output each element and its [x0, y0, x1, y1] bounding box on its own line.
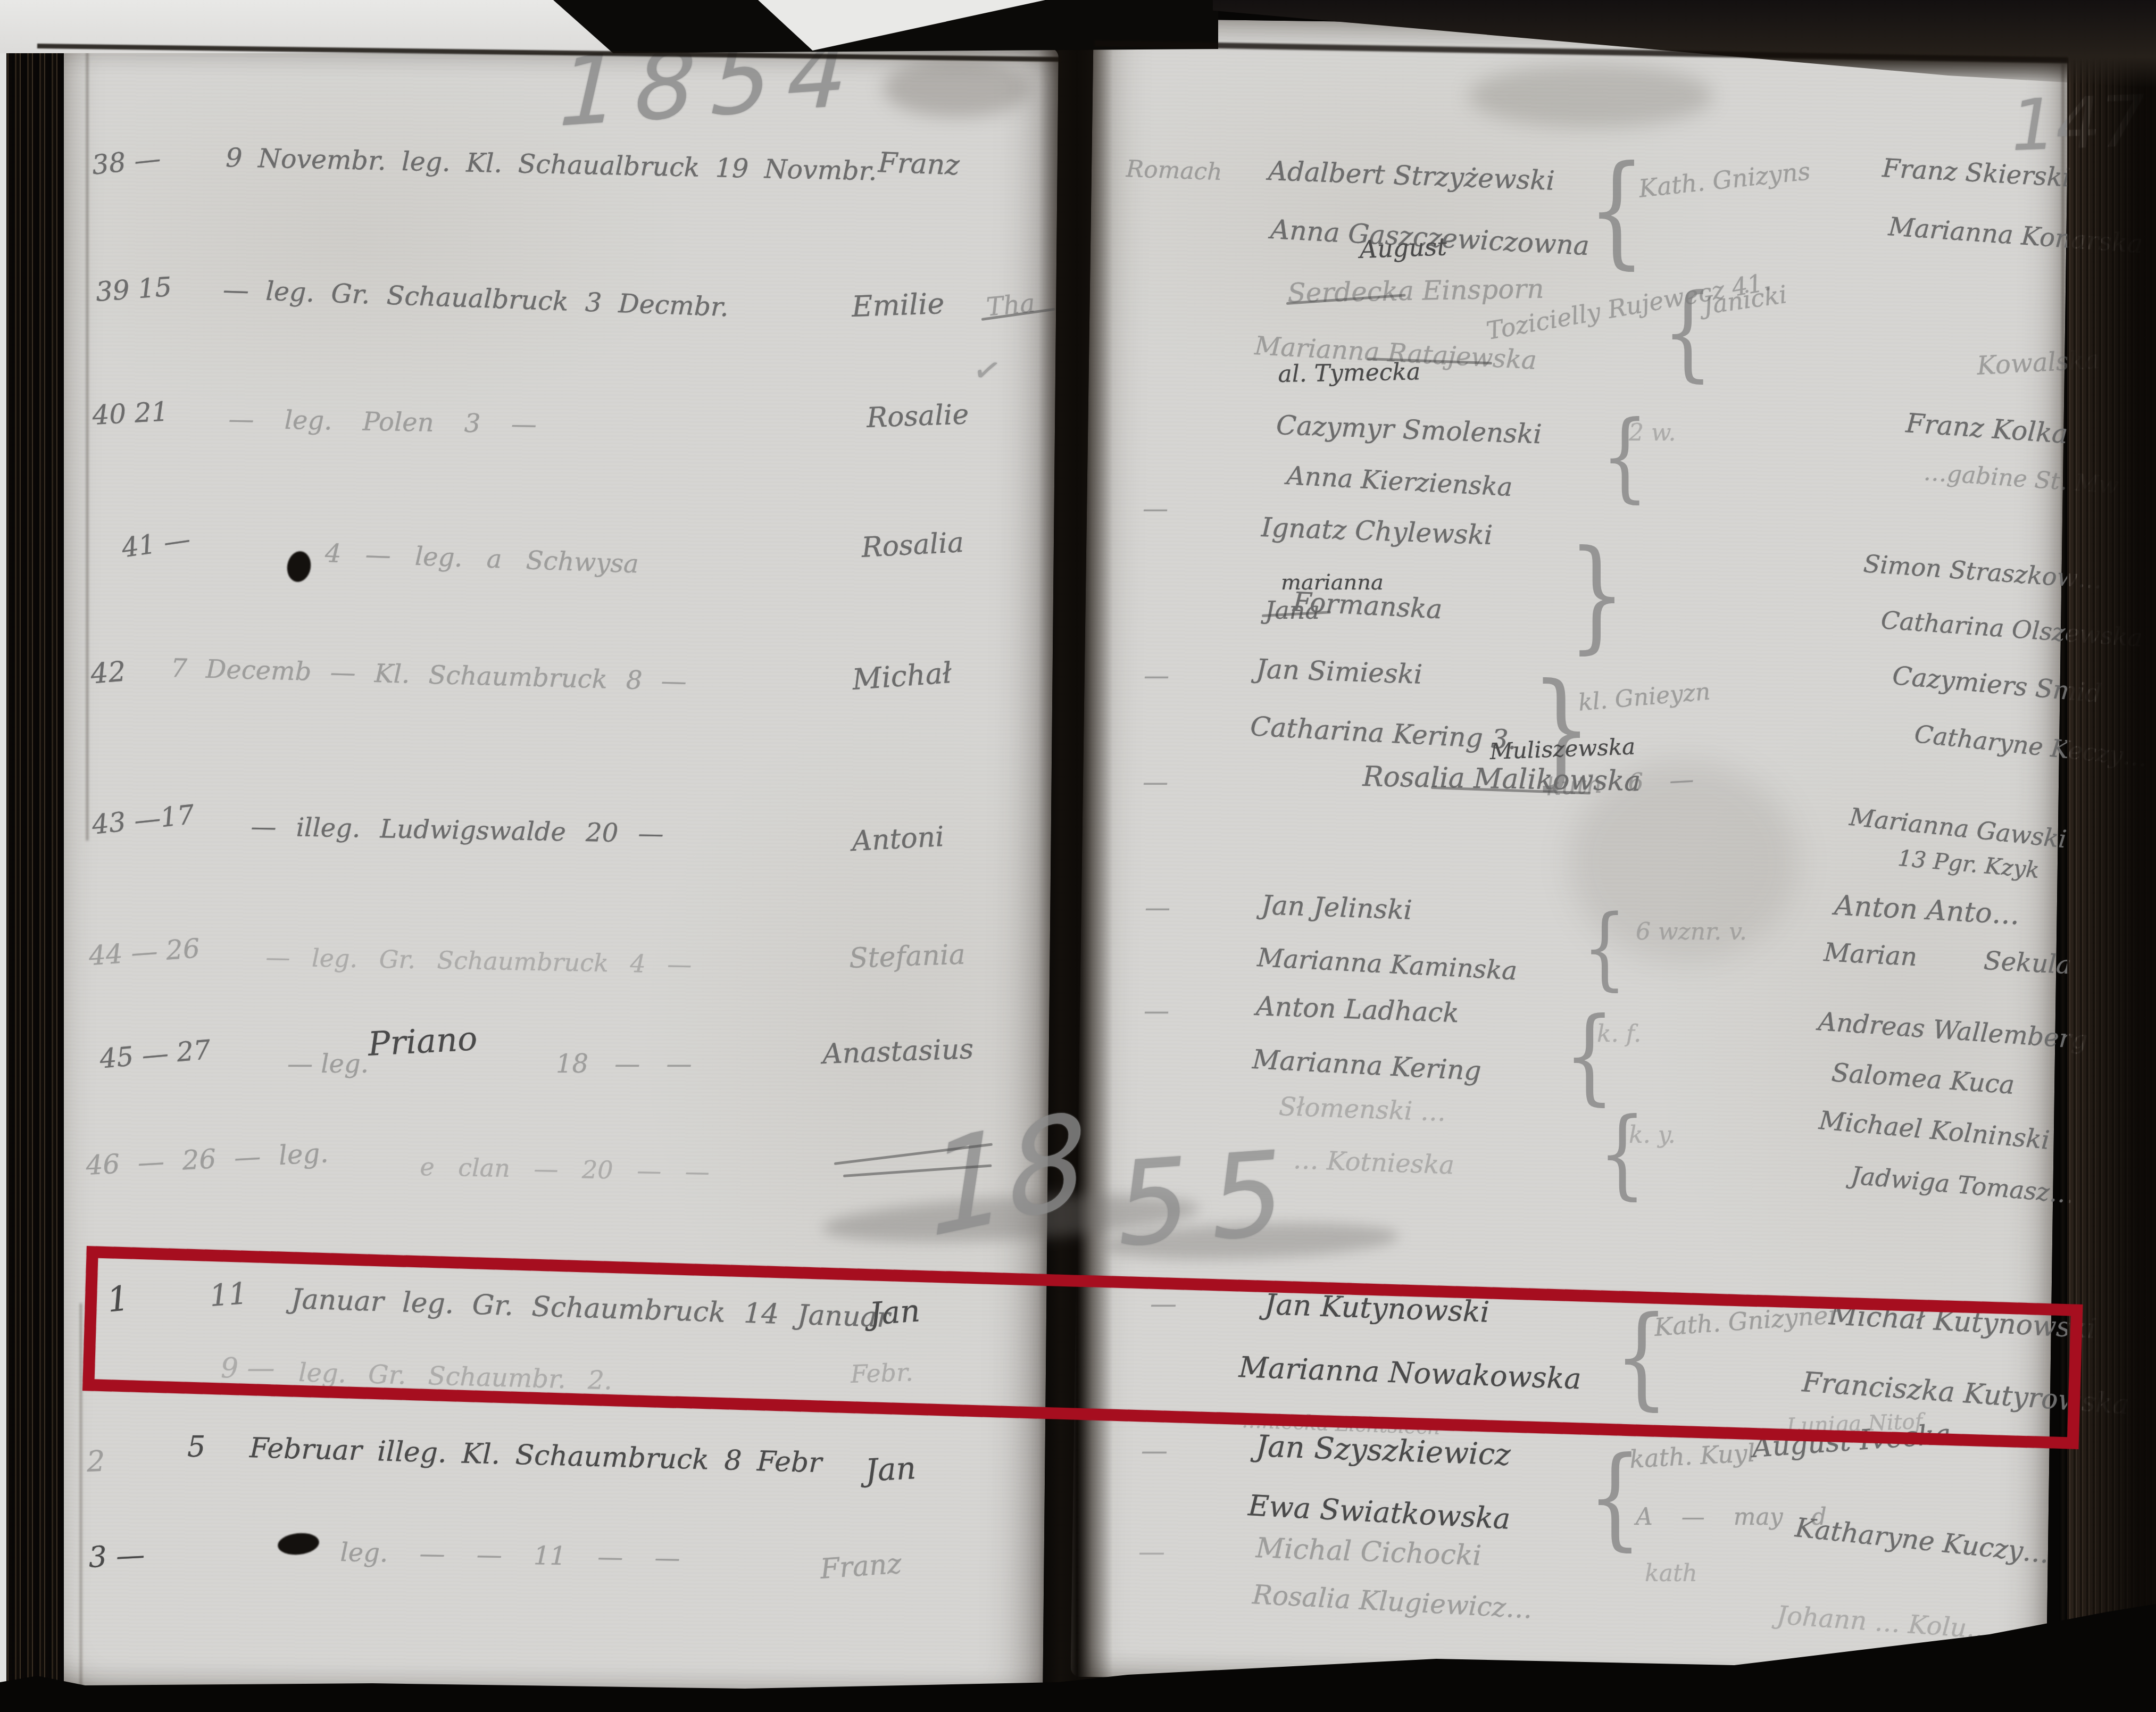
book-gutter	[1038, 0, 1113, 1712]
stain	[1468, 64, 1713, 128]
rp-43-dash: —	[1143, 767, 1168, 797]
scanner-edge-left	[0, 0, 6, 1712]
brace-mark: }	[1568, 524, 1626, 666]
entry-39-child-name: Emilie	[851, 287, 945, 323]
rp-39-above: August	[1359, 232, 1447, 264]
rp-40-status: 2 w.	[1629, 419, 1676, 446]
entry-45-leg: — leg.	[287, 1049, 369, 1079]
rp-1855-2-dash: —	[1141, 1435, 1168, 1466]
rp-39-mother-alias: al. Tymecka	[1278, 358, 1421, 388]
rp-38-col: Romach	[1126, 155, 1222, 186]
rp-43-above: Muliszewska	[1489, 733, 1636, 764]
brace-mark: {	[1601, 400, 1649, 513]
rp-1855-3-dash: —	[1138, 1536, 1165, 1567]
entry-45-child-name: Anastasius	[822, 1033, 974, 1070]
brace-mark: {	[1588, 139, 1645, 281]
rp-46-status: k. y.	[1629, 1121, 1676, 1149]
entry-1855-3-text: leg. — — 11 — —	[340, 1538, 680, 1573]
rp-39-father: Serdecka Einsporn	[1287, 273, 1544, 309]
brace-mark: {	[1599, 1097, 1646, 1210]
entry-45-after: 18 — —	[556, 1049, 692, 1079]
entry-42-child-name: Michał	[851, 656, 953, 696]
brace-mark: {	[1583, 895, 1627, 1000]
rp-42-father: Jan Simieski	[1255, 653, 1423, 690]
entry-40-number: 40 21	[91, 396, 169, 431]
rp-45-status: k. f.	[1597, 1020, 1641, 1048]
entry-1855-2-child-name: Jan	[864, 1450, 917, 1489]
rp-46-mother: … Kotnieska	[1293, 1145, 1455, 1181]
entry-46-text: e clan — 20 — —	[420, 1152, 710, 1186]
book-spine-left	[0, 0, 64, 1712]
pencil-year-55: 55	[1112, 1125, 1309, 1273]
stain	[883, 59, 1032, 117]
entry-43-child-name: Antoni	[851, 821, 945, 858]
rp-1855-3-status: kath	[1645, 1560, 1697, 1587]
entry-44-child-name: Stefania	[848, 938, 966, 975]
entry-38-child-name: Franz	[878, 147, 960, 181]
entry-45-place: Priano	[367, 1019, 478, 1063]
entry-41-child-name: Rosalia	[861, 527, 964, 564]
rp-45-dash: —	[1144, 996, 1169, 1026]
entry-42-number: 42	[89, 655, 127, 691]
entry-40-child-name: Rosalie	[866, 398, 969, 434]
entry-1855-3-number: 3 —	[88, 1538, 146, 1574]
entry-40-text: — leg. Polen 3 —	[228, 404, 537, 439]
register-scan: 1854 147 18 55 ✓ 38 — 9 Novembr. leg. Kl…	[0, 0, 2156, 1712]
book-fore-edge-right	[2067, 10, 2156, 1664]
left-page-crease-lower	[80, 1303, 82, 1686]
rp-46-father: Słomenski …	[1278, 1092, 1446, 1127]
entry-39-number: 39 15	[95, 271, 173, 308]
rp-44-status: 6 wznr. v.	[1636, 918, 1747, 945]
left-page-crease	[86, 43, 88, 841]
rp-41-dash: —	[1143, 494, 1168, 523]
entry-1855-3-child-name: Franz	[819, 1548, 903, 1585]
rp-44-father: Jan Jelinski	[1261, 890, 1413, 926]
rp-44-dash: —	[1145, 893, 1170, 923]
rp-42-dash: —	[1144, 661, 1169, 691]
entry-1855-2-number: 2	[86, 1444, 106, 1478]
entry-1855-2-day: 5	[187, 1430, 205, 1464]
